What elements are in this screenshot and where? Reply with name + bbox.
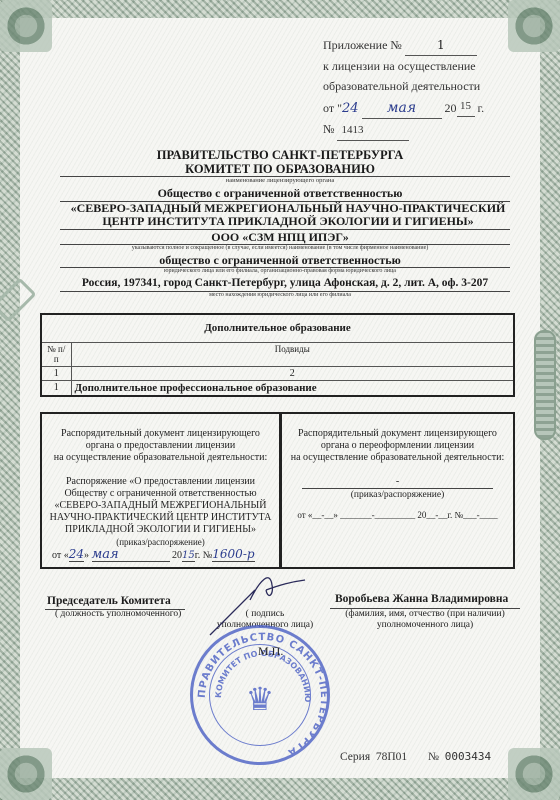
license-number: № 1413 xyxy=(323,119,484,141)
corner-ornament-icon xyxy=(508,0,560,52)
reissue-document-box: Распорядительный документ лицензирующего… xyxy=(280,412,515,569)
side-ornament-icon xyxy=(534,330,556,440)
column-header-subtypes: Подвиды xyxy=(71,342,514,366)
appendix-header: Приложение № 1 к лицензии на осуществлен… xyxy=(323,35,484,141)
appendix-line2: образовательной деятельности xyxy=(323,76,484,96)
authority-name: ПРАВИТЕЛЬСТВО САНКТ-ПЕТЕРБУРГА КОМИТЕТ П… xyxy=(60,148,500,176)
frame-bottom-border xyxy=(0,778,560,800)
name-caption: (фамилия, имя, отчество (при наличии) уп… xyxy=(330,609,520,631)
form-number: 0003434 xyxy=(445,750,491,763)
appendix-date: от "24 мая 2015 г. xyxy=(323,96,484,119)
appendix-label: Приложение № xyxy=(323,38,402,52)
signatory-position: Председатель Комитета xyxy=(47,595,171,607)
frame-right-border xyxy=(540,0,560,800)
licensee-full-name: «СЕВЕРО-ЗАПАДНЫЙ МЕЖРЕГИОНАЛЬНЫЙ НАУЧНО-… xyxy=(58,202,518,228)
reissue-date: от «__-__» _______-_________ 20__-__г. №… xyxy=(282,509,513,521)
table-index-row: 1 2 xyxy=(41,366,514,380)
legal-form-caption: юридического лица или его филиала, орган… xyxy=(60,268,500,274)
licensee-short-name: ООО «СЗМ НПЦ ИПЭГ» xyxy=(60,230,500,245)
coat-of-arms-icon: ♛ xyxy=(246,680,275,718)
appendix-number: 1 xyxy=(405,35,477,56)
column-header-no: № п/п xyxy=(41,342,71,366)
frame-left-border xyxy=(0,0,20,800)
corner-ornament-icon xyxy=(508,748,560,800)
authority-caption: наименование лицензирующего органа xyxy=(60,177,500,184)
name-caption: указываются полное и сокращенное (в случ… xyxy=(60,245,500,251)
grant-document-box: Распорядительный документ лицензирующего… xyxy=(40,412,281,569)
appendix-line1: к лицензии на осуществление xyxy=(323,56,484,76)
signatory-name: Воробьева Жанна Владимировна xyxy=(335,593,508,605)
licensee-address: Россия, 197341, город Санкт-Петербург, у… xyxy=(55,277,515,289)
licensee-form: Общество с ограниченной ответственностью xyxy=(60,186,500,201)
legal-form: общество с ограниченной ответственностью xyxy=(60,253,500,268)
seal-mark: М.П. xyxy=(258,644,283,659)
corner-ornament-icon xyxy=(0,748,52,800)
activity-table: Дополнительное образование № п/п Подвиды… xyxy=(40,313,515,397)
form-series: Серия 78П01 № 0003434 xyxy=(340,750,491,763)
table-row: 1 Дополнительное профессиональное образо… xyxy=(41,380,514,396)
position-caption: ( должность уполномоченного) xyxy=(55,609,181,619)
corner-ornament-icon xyxy=(0,0,52,52)
frame-top-border xyxy=(0,0,560,18)
address-caption: место нахождения юридического лица или е… xyxy=(60,292,500,298)
knot-ornament-icon xyxy=(0,277,37,322)
table-title: Дополнительное образование xyxy=(41,314,514,342)
